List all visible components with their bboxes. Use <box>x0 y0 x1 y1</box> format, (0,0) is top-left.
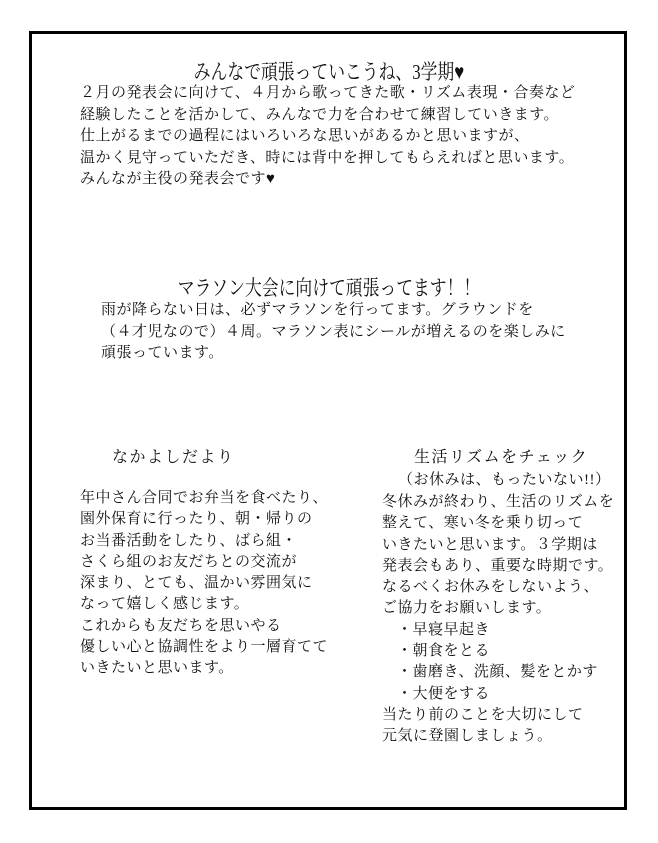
paragraph-line: 当たり前のことを大切にして <box>382 705 614 726</box>
paragraph-line: 元気に登園しましょう。 <box>382 726 614 747</box>
section-greeting-title: みんなで頑張っていこうね、3学期♥ <box>194 56 464 86</box>
paragraph-line: （４才児なので）４周。マラソン表にシールが増えるのを楽しみに <box>101 322 566 344</box>
section-marathon-title-wrap: マラソン大会に向けて頑張ってます！！ <box>0 272 658 302</box>
paragraph-line: なって嬉しく感じます。 <box>80 594 328 615</box>
paragraph-line: 発表会もあり、重要な時期です。 <box>382 556 614 577</box>
paragraph-line: 整えて、寒い冬を乗り切って <box>382 513 614 534</box>
bullet-item: ・歯磨き、洗顔、髪をとかす <box>382 662 614 683</box>
right-column-subtitle: （お休みは、もったいない!!） <box>398 470 611 492</box>
paragraph-line: 仕上がるまでの過程にはいろいろな思いがあるかと思いますが、 <box>80 126 575 148</box>
bullet-item: ・早寝早起き <box>382 620 614 641</box>
paragraph-line: いきたいと思います。３学期は <box>382 535 614 556</box>
paragraph-line: なるべくお休みをしないよう、 <box>382 577 614 598</box>
paragraph-line: ２月の発表会に向けて、４月から歌ってきた歌・リズム表現・合奏など <box>80 83 575 105</box>
bullet-item: ・朝食をとる <box>382 641 614 662</box>
paragraph-line: 頑張っています。 <box>101 343 566 365</box>
newsletter-page: みんなで頑張っていこうね、3学期♥ ２月の発表会に向けて、４月から歌ってきた歌・… <box>0 0 658 843</box>
left-column-title: なかよしだより <box>112 444 235 467</box>
paragraph-line: 園外保育に行ったり、朝・帰りの <box>80 509 328 530</box>
paragraph-line: いきたいと思います。 <box>80 658 328 679</box>
paragraph-line: みんなが主役の発表会です♥ <box>80 169 575 191</box>
section-greeting-title-wrap: みんなで頑張っていこうね、3学期♥ <box>0 56 658 86</box>
paragraph-line: 冬休みが終わり、生活のリズムを <box>382 492 614 513</box>
paragraph-line: 深まり、とても、温かい雰囲気に <box>80 573 328 594</box>
paragraph-line: 雨が降らない日は、必ずマラソンを行ってます。グラウンドを <box>101 300 566 322</box>
right-column-title: 生活リズムをチェック <box>414 444 588 467</box>
paragraph-line: 年中さん合同でお弁当を食べたり、 <box>80 488 328 509</box>
paragraph-line: お当番活動をしたり、ばら組・ <box>80 531 328 552</box>
paragraph-line: ご協力をお願いします。 <box>382 598 614 619</box>
bullet-item: ・大便をする <box>382 684 614 705</box>
paragraph-line: 優しい心と協調性をより一層育てて <box>80 637 328 658</box>
section-marathon-title: マラソン大会に向けて頑張ってます！！ <box>178 272 480 302</box>
section-marathon-paragraph: 雨が降らない日は、必ずマラソンを行ってます。グラウンドを （４才児なので）４周。… <box>101 300 566 365</box>
paragraph-line: 温かく見守っていただき、時には背中を押してもらえればと思います。 <box>80 148 575 170</box>
paragraph-line: これからも友だちを思いやる <box>80 616 328 637</box>
left-column-body: 年中さん合同でお弁当を食べたり、 園外保育に行ったり、朝・帰りの お当番活動をし… <box>80 488 328 680</box>
section-greeting-paragraph: ２月の発表会に向けて、４月から歌ってきた歌・リズム表現・合奏など 経験したことを… <box>80 83 575 191</box>
paragraph-line: さくら組のお友だちとの交流が <box>80 552 328 573</box>
right-column-body: 冬休みが終わり、生活のリズムを 整えて、寒い冬を乗り切って いきたいと思います。… <box>382 492 614 748</box>
paragraph-line: 経験したことを活かして、みんなで力を合わせて練習していきます。 <box>80 105 575 127</box>
